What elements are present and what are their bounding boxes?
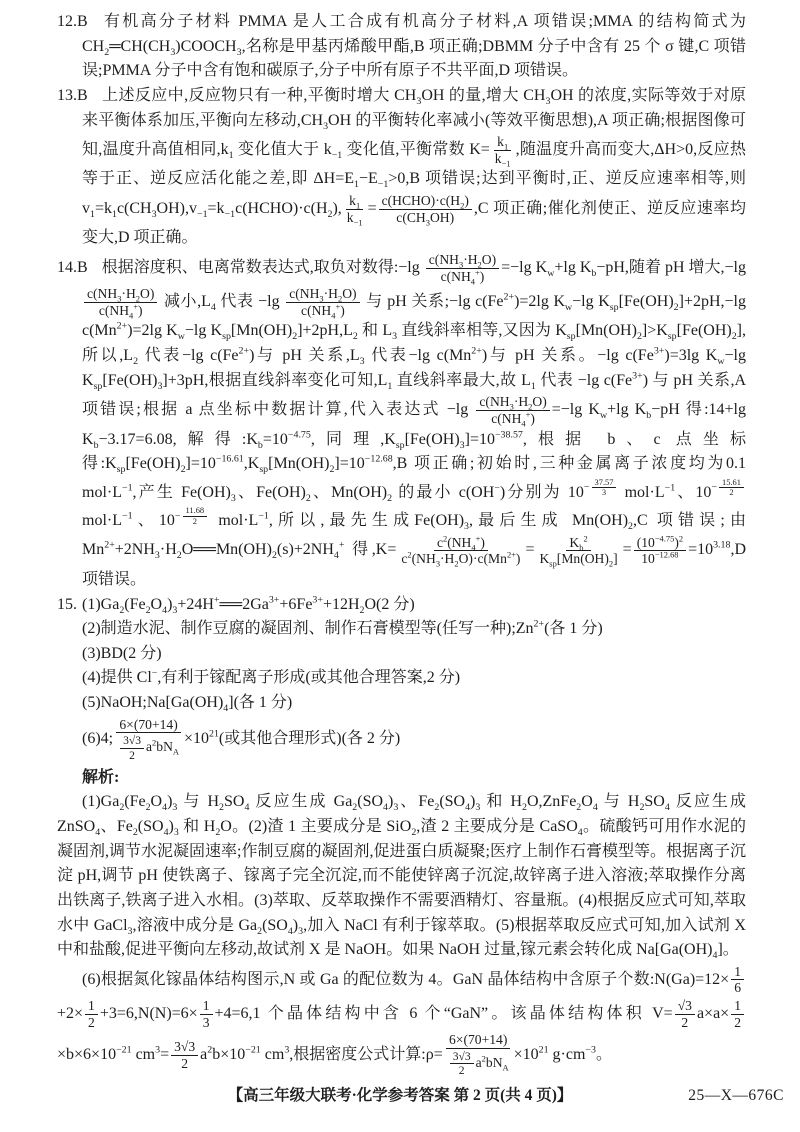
fraction: k1k−1 [492, 134, 514, 166]
fraction: c(NH3·H2O)c(NH4+) [84, 286, 157, 318]
fraction: c(HCHO)·c(H2)c(CH3OH) [379, 193, 472, 225]
fraction: 12 [731, 998, 744, 1030]
answer-item: 15.(1)Ga2(Fe2O4)3+24H+══2Ga3++6Fe3++12H2… [82, 593, 746, 618]
fraction: 16 [731, 964, 744, 996]
answer-item-text: (2)制造水泥、制作豆腐的凝固剂、制作石膏模型等(任写一种);Zn2+(各 1 … [82, 620, 603, 637]
analysis-paragraph: (6)根据氮化镓晶体结构图示,N 或 Ga 的配位数为 4。GaN 晶体结构中含… [57, 963, 746, 1080]
fraction: k1k−1 [344, 193, 366, 225]
question-number: 15. [57, 593, 82, 618]
answer-explanation-text: 有机高分子材料 PMMA 是人工合成有机高分子材料,A 项错误;MMA 的结构简… [82, 13, 746, 79]
fraction: 13 [200, 998, 213, 1030]
answer-explanation-text: 根据溶度积、电离常数表达式,取负对数得:−lg c(NH3·H2O)c(NH4+… [82, 259, 746, 588]
fraction: 3√32 [450, 1050, 474, 1078]
answer-item: (4)提供 Cl−,有利于镓配离子形成(或其他合理答案,2 分) [82, 666, 746, 691]
question-number-and-choice: 13.B [57, 87, 88, 104]
answer-item-text: (3)BD(2 分) [82, 645, 162, 662]
page-footer: 【高三年级大联考·化学参考答案 第 2 页(共 4 页)】 25—X—676C [0, 1084, 800, 1108]
fraction: 11.682 [183, 506, 208, 526]
answer-question-12: 12.B有机高分子材料 PMMA 是人工合成有机高分子材料,A 项错误;MMA … [57, 10, 746, 84]
question-number-and-choice: 12.B [57, 13, 88, 30]
question-number-and-choice: 14.B [57, 259, 88, 276]
fraction: c(NH3·H2O)c(NH4+) [426, 252, 499, 284]
fraction: 3√32 [171, 1039, 198, 1071]
fraction: 3√32 [120, 734, 144, 762]
fraction: 12 [85, 998, 98, 1030]
fraction: 15.612 [719, 478, 744, 498]
answer-question-15: 15.(1)Ga2(Fe2O4)3+24H+══2Ga3++6Fe3++12H2… [57, 593, 746, 764]
analysis-heading: 解析: [82, 766, 746, 791]
answer-question-13: 13.B上述反应中,反应物只有一种,平衡时增大 CH3OH 的量,增大 CH3O… [57, 84, 746, 251]
answer-sheet-content: 12.B有机高分子材料 PMMA 是人工合成有机高分子材料,A 项错误;MMA … [0, 0, 800, 1080]
fraction: (10−4.75)210−12.68 [634, 535, 686, 567]
fraction: c(NH3·H2O)c(NH4+) [476, 394, 549, 426]
answer-item: (5)NaOH;Na[Ga(OH)4](各 1 分) [82, 691, 746, 716]
answer-question-14: 14.B根据溶度积、电离常数表达式,取负对数得:−lg c(NH3·H2O)c(… [57, 251, 746, 593]
fraction: 37.573 [592, 478, 617, 498]
answer-item: (3)BD(2 分) [82, 642, 746, 667]
answer-item-text: (4)提供 Cl−,有利于镓配离子形成(或其他合理答案,2 分) [82, 669, 460, 686]
fraction: 6×(70+14)3√32a2bNA [445, 1032, 512, 1078]
answer-item: (2)制造水泥、制作豆腐的凝固剂、制作石膏模型等(任写一种);Zn2+(各 1 … [82, 617, 746, 642]
fraction: Kb2Ksp[Mn(OH)2] [536, 535, 620, 567]
fraction: c(NH3·H2O)c(NH4+) [286, 286, 359, 318]
footer-paper-code: 25—X—676C [688, 1084, 784, 1108]
fraction: 6×(70+14)3√32a2bNA [115, 717, 182, 763]
footer-title: 【高三年级大联考·化学参考答案 第 2 页(共 4 页)】 [228, 1087, 573, 1104]
exam-answer-page: 12.B有机高分子材料 PMMA 是人工合成有机高分子材料,A 项错误;MMA … [0, 0, 800, 1132]
fraction: c2(NH4+)c2(NH3·H2O)·c(Mn2+) [398, 535, 523, 567]
answer-item: (6)4;6×(70+14)3√32a2bNA×1021(或其他合理形式)(各 … [82, 716, 746, 764]
answer-explanation-text: 上述反应中,反应物只有一种,平衡时增大 CH3OH 的量,增大 CH3OH 的浓… [82, 87, 746, 246]
analysis-paragraph: (1)Ga2(Fe2O4)3 与 H2SO4 反应生成 Ga2(SO4)3、Fe… [57, 790, 746, 962]
answer-item-text: (1)Ga2(Fe2O4)3+24H+══2Ga3++6Fe3++12H2O(2… [82, 596, 415, 613]
answer-item-text: (6)4;6×(70+14)3√32a2bNA×1021(或其他合理形式)(各 … [82, 730, 400, 747]
answer-item-text: (5)NaOH;Na[Ga(OH)4](各 1 分) [82, 694, 292, 711]
fraction: √32 [675, 998, 695, 1030]
